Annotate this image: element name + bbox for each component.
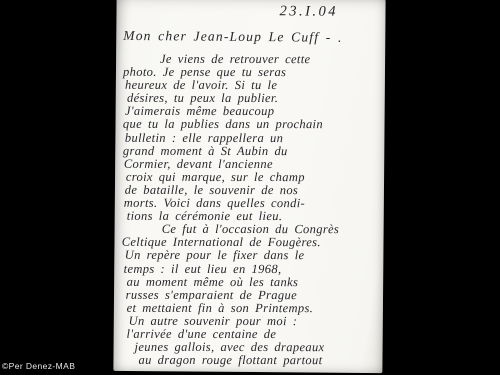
photo-credit: ©Per Denez-MAB (2, 361, 75, 371)
letter-line: Un repère pour le fixer dans le (125, 249, 382, 263)
letter-greeting: Mon cher Jean-Loup Le Cuff - . (123, 28, 342, 46)
letter-body: Je viens de retrouver cette photo. Je pe… (122, 53, 383, 368)
letter-line: que tu la publies dans un prochain (123, 118, 382, 132)
letter-date: 23.I.04 (279, 3, 338, 21)
letter-line: bulletin : elle rappellera un (125, 131, 382, 145)
letter-paper: 23.I.04 Mon cher Jean-Loup Le Cuff - . J… (113, 0, 385, 373)
letter-line: temps : il eut lieu en 1968, (124, 262, 382, 276)
photo-background: 23.I.04 Mon cher Jean-Loup Le Cuff - . J… (0, 0, 500, 375)
letter-line: au dragon rouge flottant partout (139, 354, 382, 368)
